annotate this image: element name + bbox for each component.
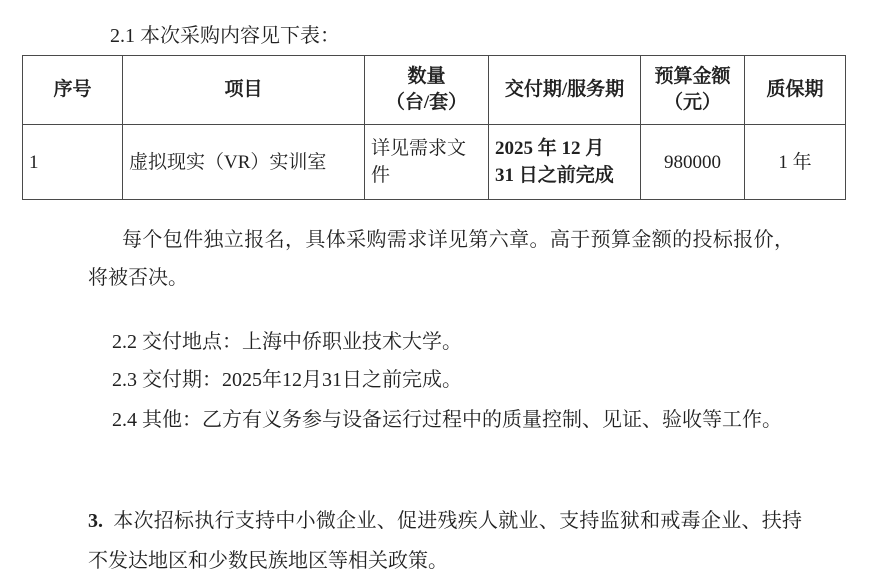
table-row: 1 虚拟现实（VR）实训室 详见需求文件 2025 年 12 月 31 日之前完… xyxy=(23,125,846,200)
section-2-1-heading: 2.1 本次采购内容见下表： xyxy=(110,24,340,48)
package-paragraph: 每个包件独立报名，具体采购需求详见第六章。高于预算金额的投标报价，将被否决。 xyxy=(88,221,794,297)
item-2-3-delivery-period: 2.3 交付期：2025年12月31日之前完成。 xyxy=(112,363,462,392)
cell-warranty: 1 年 xyxy=(745,125,846,200)
item-2-2-delivery-location: 2.2 交付地点：上海中侨职业技术大学。 xyxy=(112,325,462,354)
item-2-4-other: 2.4 其他：乙方有义务参与设备运行过程中的质量控制、见证、验收等工作。 xyxy=(112,401,804,440)
cell-budget: 980000 xyxy=(641,125,745,200)
procurement-table: 序号 项目 数量 （台/套） 交付期/服务期 预算金额 （元） 质保期 1 虚拟… xyxy=(22,55,846,200)
column-header-quantity: 数量 （台/套） xyxy=(365,56,489,125)
table-header-row: 序号 项目 数量 （台/套） 交付期/服务期 预算金额 （元） 质保期 xyxy=(23,56,846,125)
column-header-seq: 序号 xyxy=(23,56,123,125)
cell-seq: 1 xyxy=(23,125,123,200)
item-3-policy: 3.本次招标执行支持中小微企业、促进残疾人就业、支持监狱和戒毒企业、扶持不发达地… xyxy=(88,501,802,581)
cell-quantity: 详见需求文件 xyxy=(365,125,489,200)
document-page: 2.1 本次采购内容见下表： 序号 项目 数量 （台/套） 交付期/服务期 预算… xyxy=(0,0,869,585)
cell-project: 虚拟现实（VR）实训室 xyxy=(123,125,365,200)
column-header-budget: 预算金额 （元） xyxy=(641,56,745,125)
item-3-text: 本次招标执行支持中小微企业、促进残疾人就业、支持监狱和戒毒企业、扶持不发达地区和… xyxy=(88,510,802,572)
column-header-delivery: 交付期/服务期 xyxy=(489,56,641,125)
item-3-number: 3. xyxy=(88,510,103,532)
column-header-project: 项目 xyxy=(123,56,365,125)
column-header-warranty: 质保期 xyxy=(745,56,846,125)
cell-delivery: 2025 年 12 月 31 日之前完成 xyxy=(489,125,641,200)
